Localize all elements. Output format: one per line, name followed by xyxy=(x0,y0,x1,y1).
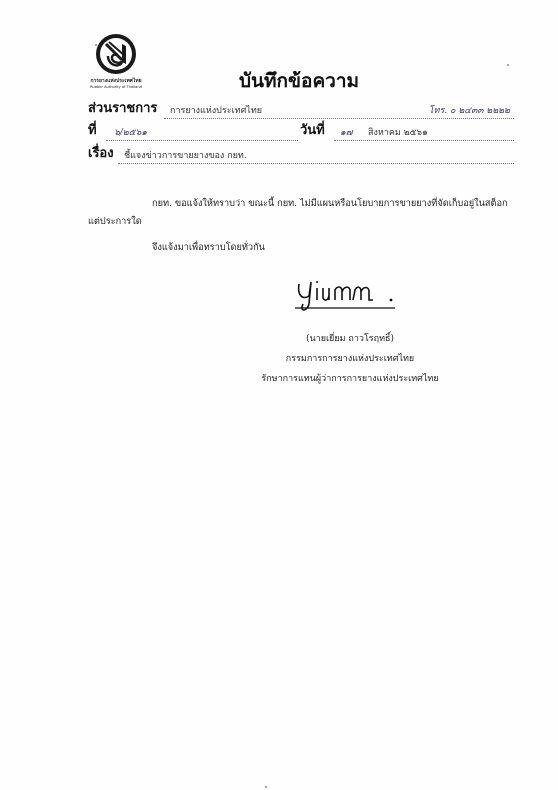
date-day: ๑๗ xyxy=(340,125,352,139)
memo-page: การยางแห่งประเทศไทย Rubber Authority of … xyxy=(0,0,558,790)
scan-speck xyxy=(265,786,267,788)
department-dotted-line xyxy=(164,118,514,119)
date-label: วันที่ xyxy=(300,119,325,140)
scan-speck xyxy=(507,64,509,66)
signatory-position-2: รักษาการแทนผู้ว่าการการยางแห่งประเทศไทย xyxy=(240,371,460,385)
department-value: การยางแห่งประเทศไทย xyxy=(170,103,262,117)
ref-number: ๖/๒๕๖๑ xyxy=(114,125,147,139)
document-title: บันทึกข้อความ xyxy=(0,66,558,96)
department-label: ส่วนราชการ xyxy=(88,97,157,118)
ref-date-row: ที่ ๖/๒๕๖๑ วันที่ ๑๗ สิงหาคม ๒๕๖๑ xyxy=(88,122,514,142)
closing-sentence: จึงแจ้งมาเพื่อทราบโดยทั่วกัน xyxy=(152,240,265,255)
ref-label: ที่ xyxy=(88,119,97,140)
body-paragraph-line1: กยท. ขอแจ้งให้ทราบว่า ขณะนี้ กยท. ไม่มีแ… xyxy=(152,196,508,211)
subject-label: เรื่อง xyxy=(88,142,114,163)
scan-speck xyxy=(95,44,97,46)
department-row: ส่วนราชการ การยางแห่งประเทศไทย โทร. ๐ ๒๔… xyxy=(88,100,514,120)
phone-number: โทร. ๐ ๒๔๓๓ ๒๒๒๒ xyxy=(429,103,510,117)
signatory-position-1: กรรมการการยางแห่งประเทศไทย xyxy=(240,351,460,365)
subject-row: เรื่อง ชี้แจงข่าวการขายยางของ กยท. xyxy=(88,145,514,165)
date-month-year: สิงหาคม ๒๕๖๑ xyxy=(368,125,428,139)
body-paragraph-line2: แต่ประการใด xyxy=(88,214,142,229)
handwritten-signature xyxy=(295,274,405,314)
subject-value: ชี้แจงข่าวการขายยางของ กยท. xyxy=(124,148,247,162)
signatory-name: (นายเยี่ยม ถาวโรฤทธิ์) xyxy=(240,331,460,345)
subject-dotted-line xyxy=(118,163,514,164)
ref-dotted-line xyxy=(106,140,298,141)
date-dotted-line xyxy=(334,140,514,141)
